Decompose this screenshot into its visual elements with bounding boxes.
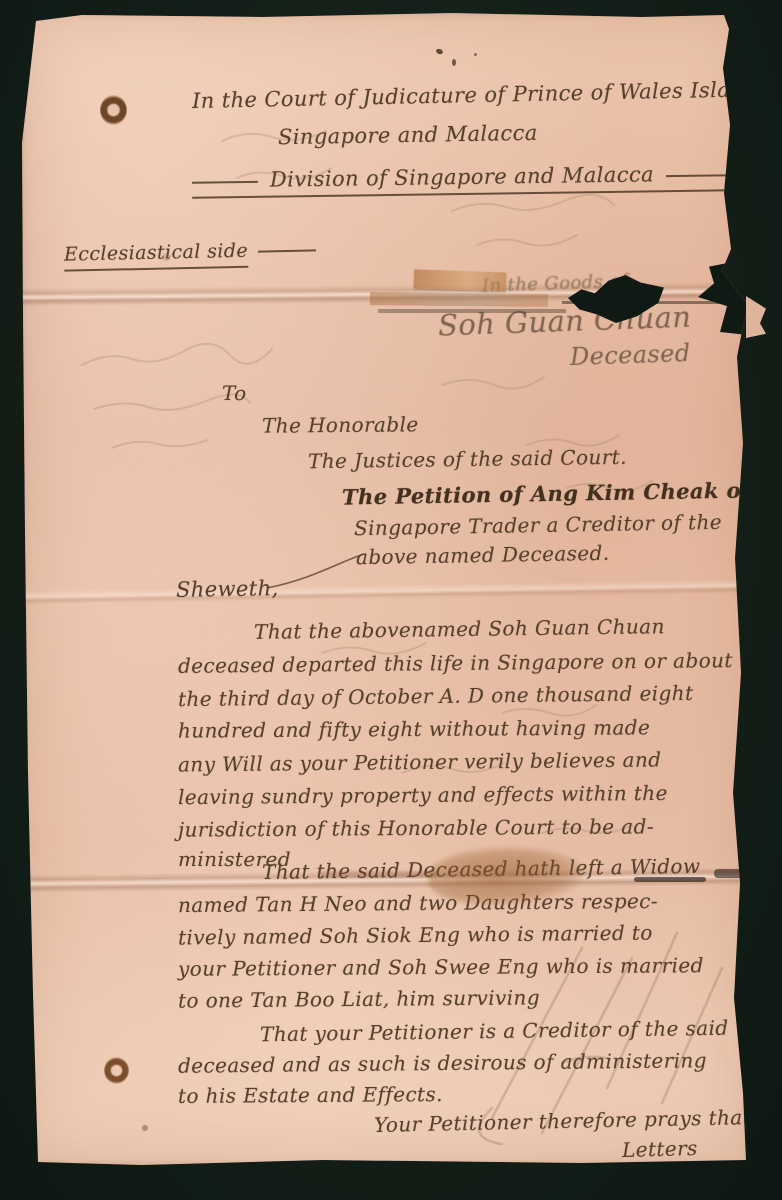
para2-line5: to one Tan Boo Liat, him surviving: [178, 987, 540, 1010]
above-named-deceased-line: above named Deceased.: [356, 543, 610, 567]
tape-repair-top-strip2: [370, 292, 548, 307]
ecclesiastical-side-text: Ecclesiastical side: [64, 240, 249, 272]
tape-repair-top-strip1: [414, 269, 507, 291]
court-title-line2: Singapore and Malacca: [278, 123, 538, 149]
para3-line1: That your Petitioner is a Creditor of th…: [260, 1018, 729, 1045]
address-to: To: [222, 383, 247, 403]
stain-bottom-fold-streak: [318, 871, 436, 878]
para1-line6: leaving sundry property and effects with…: [178, 783, 668, 807]
para2-line2: named Tan H Neo and two Daughters respec…: [178, 891, 658, 915]
ink-speck-4: [142, 1125, 148, 1131]
petition-of-line: The Petition of Ang Kim Cheak of: [342, 479, 751, 507]
ecclesiastical-dash: [258, 249, 316, 252]
division-dash-left: [192, 180, 258, 183]
petitioner-description-line: Singapore Trader a Creditor of the: [354, 512, 722, 538]
para1-line2: deceased departed this life in Singapore…: [178, 650, 733, 676]
para3-line3: to his Estate and Effects.: [178, 1084, 443, 1106]
para1-line7: jurisdiction of this Honorable Court to …: [178, 816, 654, 839]
document-page: In the Court of Judicature of Prince of …: [22, 13, 748, 1165]
fold-gap-shadow: [378, 309, 566, 313]
division-dash-right: [666, 174, 732, 177]
para1-line4: hundred and fifty eight without having m…: [178, 717, 650, 740]
paper-sliver-right-edge: [746, 296, 766, 338]
division-heading-text: Division of Singapore and Malacca: [270, 162, 654, 191]
punch-hole-bottom: [104, 1057, 129, 1084]
catchword-letters: Letters: [622, 1138, 698, 1160]
tear-slit-bottom-fold2: [714, 869, 744, 878]
tear-slit-bottom-fold: [634, 877, 706, 882]
ink-speck-2: [452, 59, 456, 66]
address-justices: The Justices of the said Court.: [308, 447, 627, 471]
sheweth-label: Sheweth,: [176, 578, 279, 601]
punch-hole-top: [100, 95, 127, 125]
address-honorable: The Honorable: [262, 414, 419, 435]
para2-line4: your Petitioner and Soh Swee Eng who is …: [178, 955, 704, 979]
para1-line1: That the abovenamed Soh Guan Chuan: [254, 616, 665, 642]
para3-line2: deceased and as such is desirous of admi…: [178, 1050, 707, 1076]
scanned-document: In the Court of Judicature of Prince of …: [0, 0, 782, 1200]
deceased-label-line: Deceased: [570, 341, 691, 369]
para2-line3: tively named Soh Siok Eng who is married…: [178, 923, 653, 948]
ink-speck-3: [474, 53, 477, 56]
ink-speck-5: [162, 253, 171, 261]
para1-line3: the third day of October A. D one thousa…: [178, 683, 694, 709]
para1-line5: any Will as your Petitioner verily belie…: [178, 749, 662, 774]
